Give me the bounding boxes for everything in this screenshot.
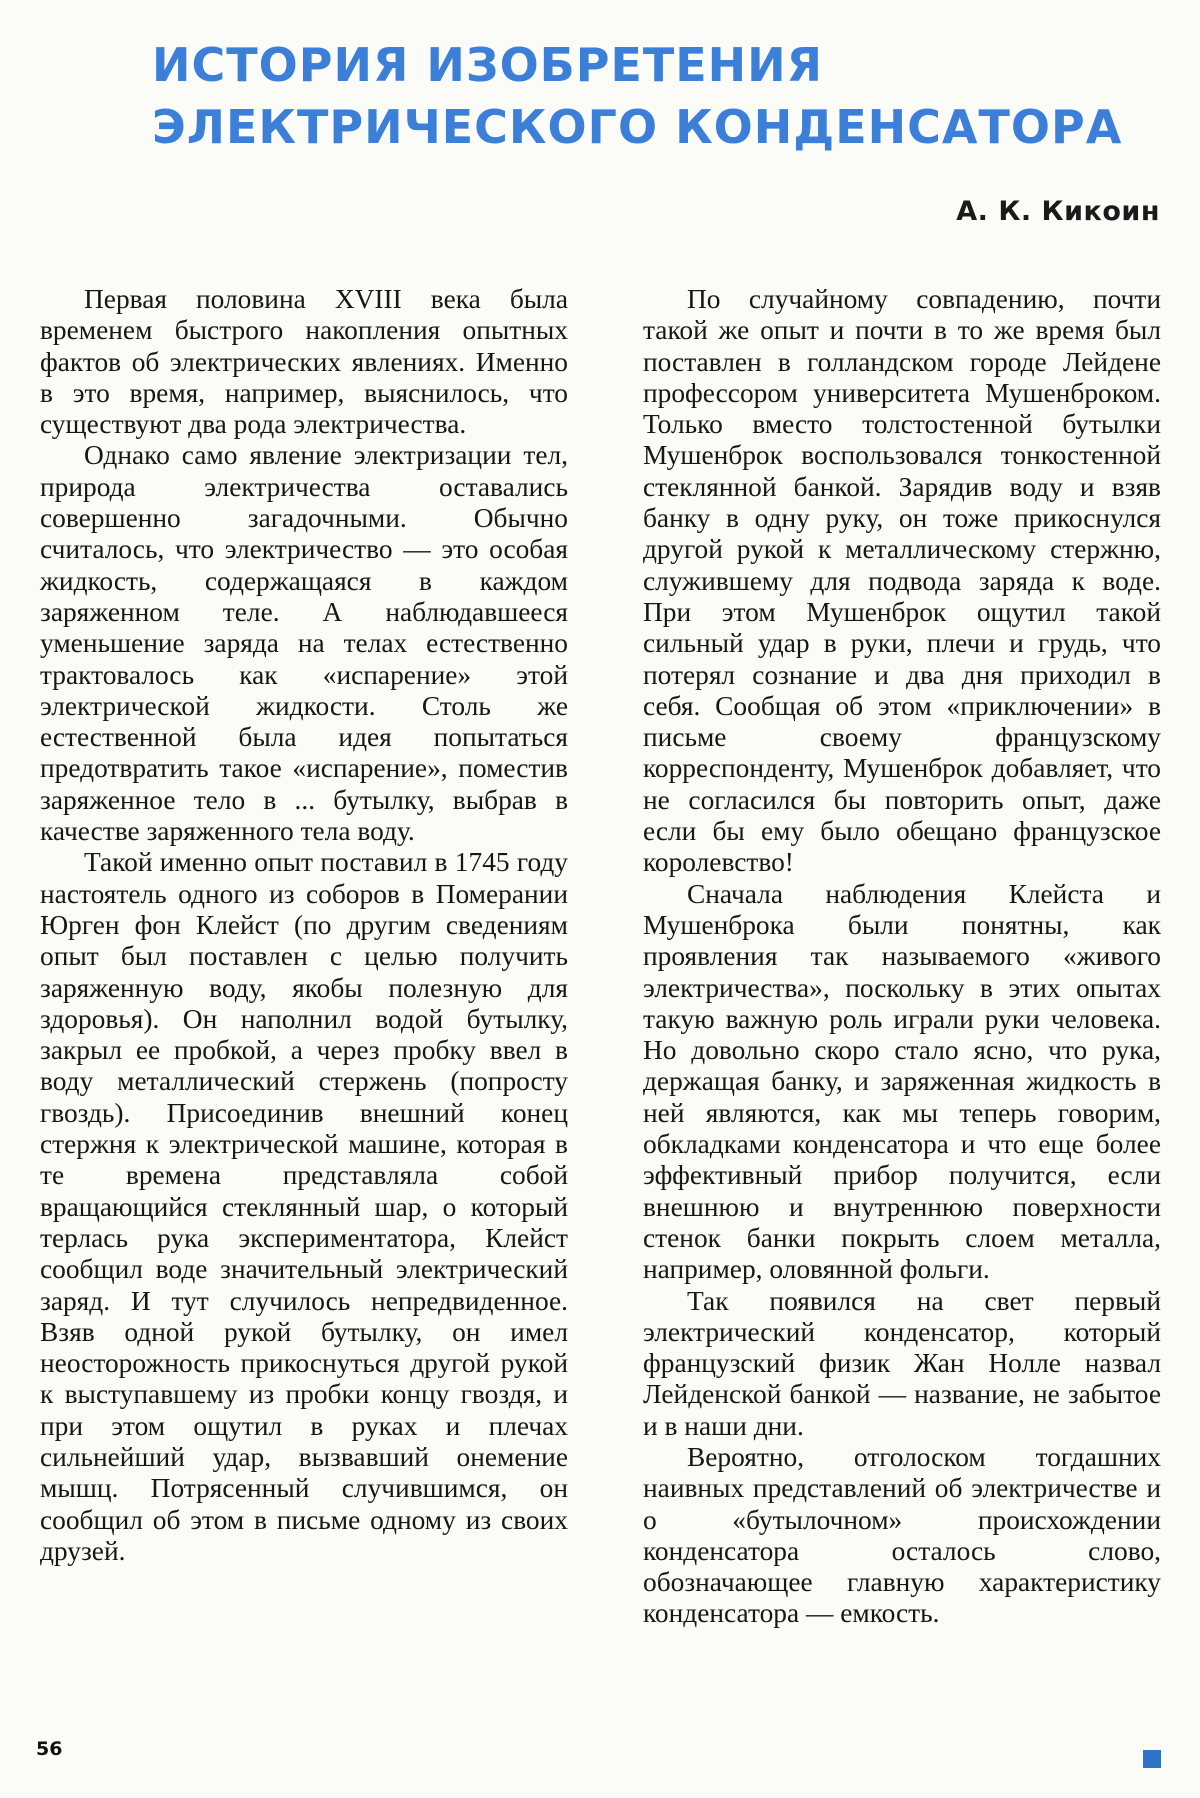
page-number: 56 <box>36 1738 62 1760</box>
paragraph: Такой именно опыт поставил в 1745 году н… <box>40 847 568 1567</box>
paragraph: Так появился на свет первый электрически… <box>643 1286 1161 1442</box>
article-title: ИСТОРИЯ ИЗОБРЕТЕНИЯ ЭЛЕКТРИЧЕСКОГО КОНДЕ… <box>152 34 1122 158</box>
paragraph: Сначала наблюдения Клейста и Мушенброка … <box>643 879 1161 1286</box>
article-author: А. К. Кикоин <box>956 196 1160 227</box>
paragraph: Однако само явление электризации тел, пр… <box>40 440 568 847</box>
paragraph: Первая половина XVIII века была временем… <box>40 284 568 440</box>
article-title-line-1: ИСТОРИЯ ИЗОБРЕТЕНИЯ <box>152 34 1122 96</box>
paragraph: Вероятно, отголоском тогдашних наивных п… <box>643 1442 1161 1630</box>
left-text-column: Первая половина XVIII века была временем… <box>40 284 568 1567</box>
right-text-column: По случайному совпадению, почти такой же… <box>643 284 1161 1630</box>
article-title-line-2: ЭЛЕКТРИЧЕСКОГО КОНДЕНСАТОРА <box>152 96 1122 158</box>
end-of-article-square-icon <box>1143 1750 1161 1768</box>
paragraph: По случайному совпадению, почти такой же… <box>643 284 1161 879</box>
